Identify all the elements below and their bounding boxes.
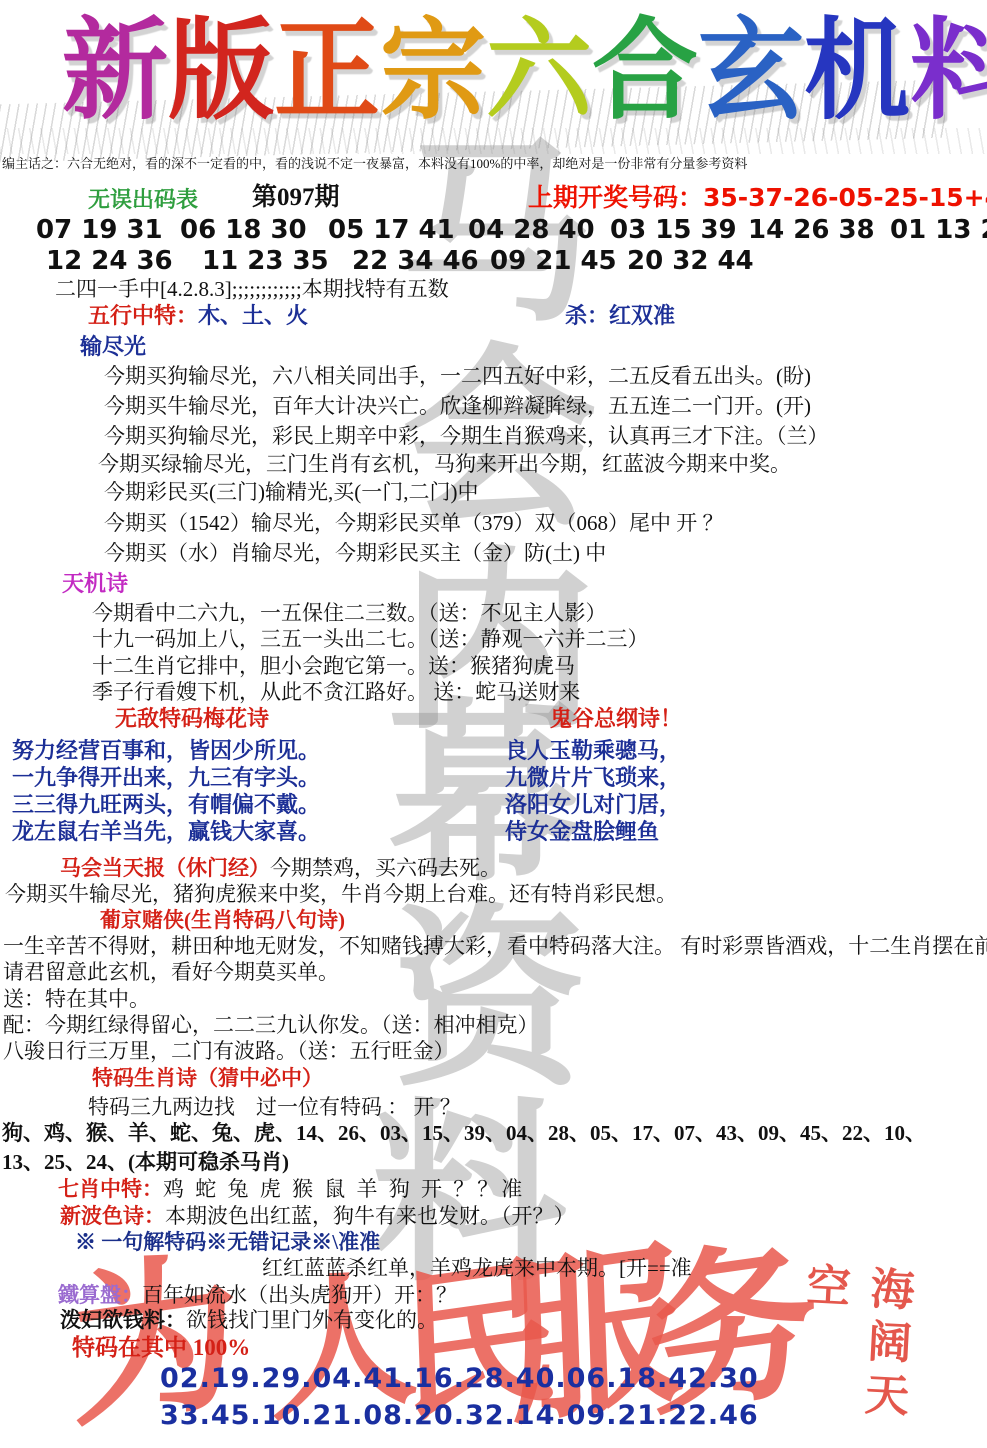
title-char: 玄: [698, 3, 804, 141]
title-char: 合: [592, 3, 698, 141]
shujinguang-line: 今期买绿输尽光，三门生肖有玄机，马狗来开出今期，红蓝波今期来中奖。: [98, 452, 791, 476]
tianjishi-line: 十二生肖它排中，胆小会跑它第一。送：猴猪狗虎马: [92, 654, 575, 678]
pofu-label: 泼妇欲钱料：: [60, 1308, 186, 1332]
guigu-line: 侍女金盘脍鲤鱼: [505, 819, 659, 844]
shujinguang-line: 今期买牛输尽光，百年大计决兴亡。欣逢柳辫凝眸绿，五五连二一门开。(开): [104, 394, 811, 418]
final-numbers-line: 02.19.29.04.41.16.28.40.06.18.42.30: [160, 1363, 759, 1394]
qixiao-line: 七肖中特：鸡 蛇 兔 虎 猴 鼠 羊 狗 开 ？？准: [58, 1177, 525, 1201]
qixiao-label: 七肖中特：: [58, 1177, 163, 1201]
meihua-line: 一九争得开出来，九三有字头。: [12, 765, 320, 790]
code-group: 01 13 25: [890, 216, 987, 246]
code-group: 05 17 41: [328, 216, 455, 246]
shujinguang-line: 今期买狗输尽光，彩民上期辛中彩，今期生肖猴鸡来，认真再三才下注。（兰）: [104, 424, 829, 448]
issue-number: 第097期: [252, 184, 340, 213]
pujing-line: 一生辛苦不得财，耕田种地无财发，不知赌钱搏大彩，看中特码落大注。 有时彩票皆酒戏…: [3, 934, 987, 958]
bose-line: 新波色诗：本期波色出红蓝，狗牛有来也发财。（开？）: [60, 1204, 575, 1228]
shujinguang-line: 今期买狗输尽光，六八相关同出手，一二四五好中彩，二五反看五出头。(盼): [104, 364, 811, 388]
tiesuanpan-value: 百年如流水（出头虎狗开）开：？: [142, 1283, 457, 1307]
hand-line: 二四一手中[4.2.8.3];;;;;;;;;;;;本期找特有五数: [55, 277, 449, 301]
final-heading: 特码在其中 100%: [72, 1335, 250, 1361]
meihua-line: 努力经营百事和，皆因少所见。: [12, 738, 320, 763]
guigu-heading: 鬼谷总纲诗！: [550, 706, 682, 731]
shujinguang-line: 今期买（水）肖输尽光，今期彩民买主（金）防(土) 中: [104, 541, 606, 565]
code-group: 22 34 46: [352, 247, 479, 277]
wuxing-label: 五行中特：: [88, 303, 198, 328]
tianjishi-line: 季子行看嫂下机，从此不贪江路好。 送：蛇马送财来: [92, 680, 580, 704]
code-group: 07 19 31: [36, 216, 163, 246]
editor-note: 编主话之：六合无绝对，看的深不一定看的中，看的浅说不定一夜暴富，本料没有100%…: [2, 157, 747, 172]
guigu-line: 洛阳女儿对门居，: [505, 792, 681, 817]
kill-line: 杀：红双准: [565, 303, 675, 328]
qixiao-value: 鸡 蛇 兔 虎 猴 鼠 羊 狗 开 ？？准: [163, 1177, 525, 1201]
code-group: 06 18 30: [180, 216, 307, 246]
meihua-line: 龙左鼠右羊当先，赢钱大家喜。: [12, 819, 320, 844]
title-char: 版: [168, 3, 274, 141]
final-numbers-line: 33.45.10.21.08.20.32.14.09.21.22.46: [160, 1400, 759, 1431]
guigu-line: 良人玉勒乘骢马，: [505, 738, 681, 763]
title-char: 六: [486, 3, 592, 141]
zodiac-numbers-line: 13、25、24、(本期可稳杀马肖): [2, 1150, 289, 1174]
meihua-heading: 无敌特码梅花诗: [115, 706, 269, 731]
title-char: 新: [62, 3, 168, 141]
wuxing-line: 五行中特：木、土、火: [88, 303, 308, 328]
bose-value: 本期波色出红蓝，狗牛有来也发财。（开？）: [165, 1204, 575, 1228]
pujing-line: 八骏日行三万里，二门有波路。（送：五行旺金）: [3, 1039, 455, 1063]
mahui-label: 马会当天报（休门经）: [60, 856, 270, 880]
code-group: 09 21 45: [490, 247, 617, 277]
code-group: 11 23 35: [202, 247, 329, 277]
zodiac-numbers-line: 狗、鸡、猴、羊、蛇、兔、虎、14、26、03、15、39、04、28、05、17…: [2, 1121, 926, 1145]
tianjishi-line: 十九一码加上八，三五一头出二七。（送：静观一六并二三）: [92, 627, 649, 651]
code-table-label: 无误出码表: [88, 187, 198, 212]
code-group: 20 32 44: [627, 247, 754, 277]
pujing-line: 请君留意此玄机，看好今期莫买单。: [3, 960, 339, 984]
shujinguang-heading: 输尽光: [80, 334, 146, 359]
pofu-line: 泼妇欲钱料：欲钱找门里门外有变化的。: [60, 1308, 438, 1332]
tema-shengxiao-line: 特码三九两边找 过一位有特码 ： 开 ？: [88, 1095, 461, 1119]
code-group: 12 24 36: [46, 247, 173, 277]
title-char: 料: [910, 3, 987, 141]
tiesuanpan-label: 鐵算盤：: [58, 1283, 142, 1307]
tiesuanpan-line: 鐵算盤：百年如流水（出头虎狗开）开：？: [58, 1283, 457, 1307]
pujing-heading: 葡京赌侠(生肖特码八句诗): [100, 908, 345, 932]
wuxing-value: 木、土、火: [198, 303, 308, 328]
last-draw-numbers: 上期开奖号码：35-37-26-05-25-15+43: [528, 184, 987, 213]
pujing-line: 送：特在其中。: [3, 987, 150, 1011]
pujing-line: 配：今期红绿得留心，二二三九认你发。（送：相冲相克）: [3, 1013, 539, 1037]
shujinguang-line: 今期买（1542）输尽光，今期彩民买单（379）双（068）尾中 开 ？: [104, 511, 724, 535]
tema-shengxiao-heading: 特码生肖诗（猜中必中）: [92, 1066, 323, 1090]
niu-line: 今期买牛输尽光，猪狗虎猴来中奖，牛肖今期上台难。还有特肖彩民想。: [5, 882, 677, 906]
guigu-line: 九微片片飞琐来，: [505, 765, 681, 790]
code-group: 14 26 38: [748, 216, 875, 246]
page-title: 新版正宗六合玄机料: [62, 6, 962, 139]
pofu-value: 欲钱找门里门外有变化的。: [186, 1308, 438, 1332]
yijie-result-line: 红红蓝蓝杀红单，羊鸡龙虎来中本期。[开==准: [262, 1256, 692, 1280]
yijie-line: ※ 一句解特码※无错记录※\准准: [75, 1230, 380, 1254]
title-char: 宗: [380, 3, 486, 141]
shujinguang-line: 今期彩民买(三门)输精光,买(一门,二门)中: [104, 480, 478, 504]
code-group: 03 15 39: [610, 216, 737, 246]
title-char: 机: [804, 3, 910, 141]
mahui-line: 马会当天报（休门经）今期禁鸡，买六码去死。: [60, 856, 501, 880]
mahui-text: 今期禁鸡，买六码去死。: [270, 856, 501, 880]
lottery-tip-sheet: 马 会 内 幕 资 料 为 人 民 服 务 海阔天空 新版正宗六合玄机料 编主话…: [0, 0, 987, 1448]
tianjishi-heading: 天机诗: [62, 571, 128, 596]
title-char: 正: [274, 3, 380, 141]
meihua-line: 三三得九旺两头，有帽偏不戴。: [12, 792, 320, 817]
watermark-red-vertical: 海阔天空: [783, 1261, 920, 1448]
tianjishi-line: 今期看中二六九，一五保住二三数。（送：不见主人影）: [92, 601, 607, 625]
bose-label: 新波色诗：: [60, 1204, 165, 1228]
code-group: 04 28 40: [468, 216, 595, 246]
